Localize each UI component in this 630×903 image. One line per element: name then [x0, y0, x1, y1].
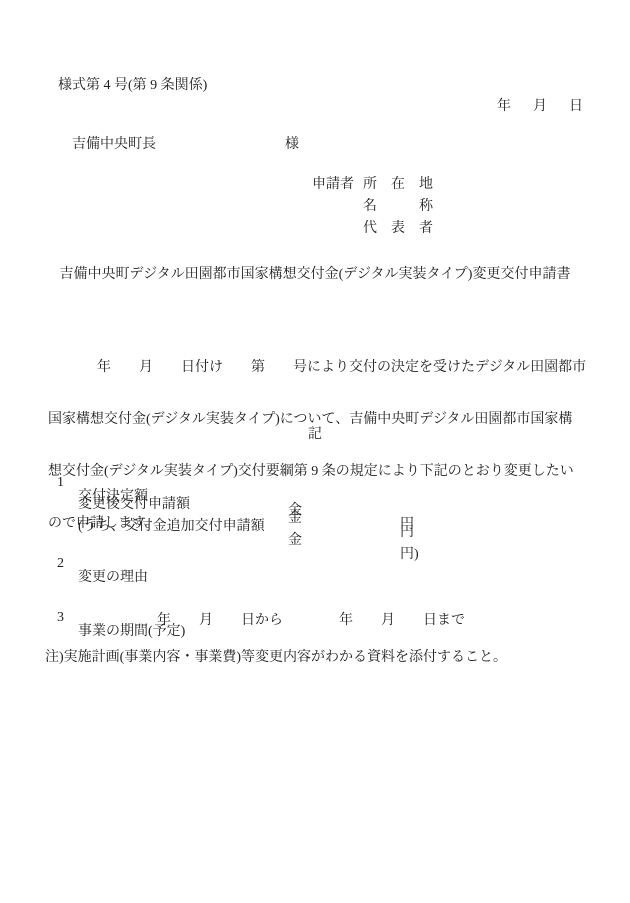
document-page: 様式第 4 号(第 9 条関係) 年 月 日 吉備中央町長 様 申請者 所 在 …	[0, 0, 630, 903]
amount-label: (うち、交付金追加交付申請額	[78, 520, 265, 534]
addressee-honorific: 様	[285, 138, 299, 152]
addressee: 吉備中央町長	[72, 138, 156, 152]
section-number: 3	[57, 611, 64, 625]
document-title: 吉備中央町デジタル田園都市国家構想交付金(デジタル実装タイプ)変更交付申請書	[0, 268, 630, 282]
section-label: 変更の理由	[78, 571, 148, 585]
section-number: 2	[57, 557, 64, 571]
date-line: 年 月 日	[497, 100, 587, 114]
project-period-line: 年 月 日から 年 月 日まで	[157, 614, 465, 628]
applicant-address-label: 所 在 地	[363, 178, 433, 192]
form-number: 様式第 4 号(第 9 条関係)	[58, 79, 207, 93]
attachment-note: 注)実施計画(事業内容・事業費)等変更内容がわかる資料を添付すること。	[45, 651, 507, 665]
applicant-representative-label: 代 表 者	[363, 222, 433, 236]
applicant-label: 申請者	[312, 178, 354, 192]
applicant-name-label: 名 称	[363, 200, 433, 214]
body-line: 年 月 日付け 第 号により交付の決定を受けたデジタル田園都市	[48, 356, 582, 380]
ki-heading: 記	[0, 428, 630, 442]
section-2: 2 変更の理由	[0, 543, 630, 599]
